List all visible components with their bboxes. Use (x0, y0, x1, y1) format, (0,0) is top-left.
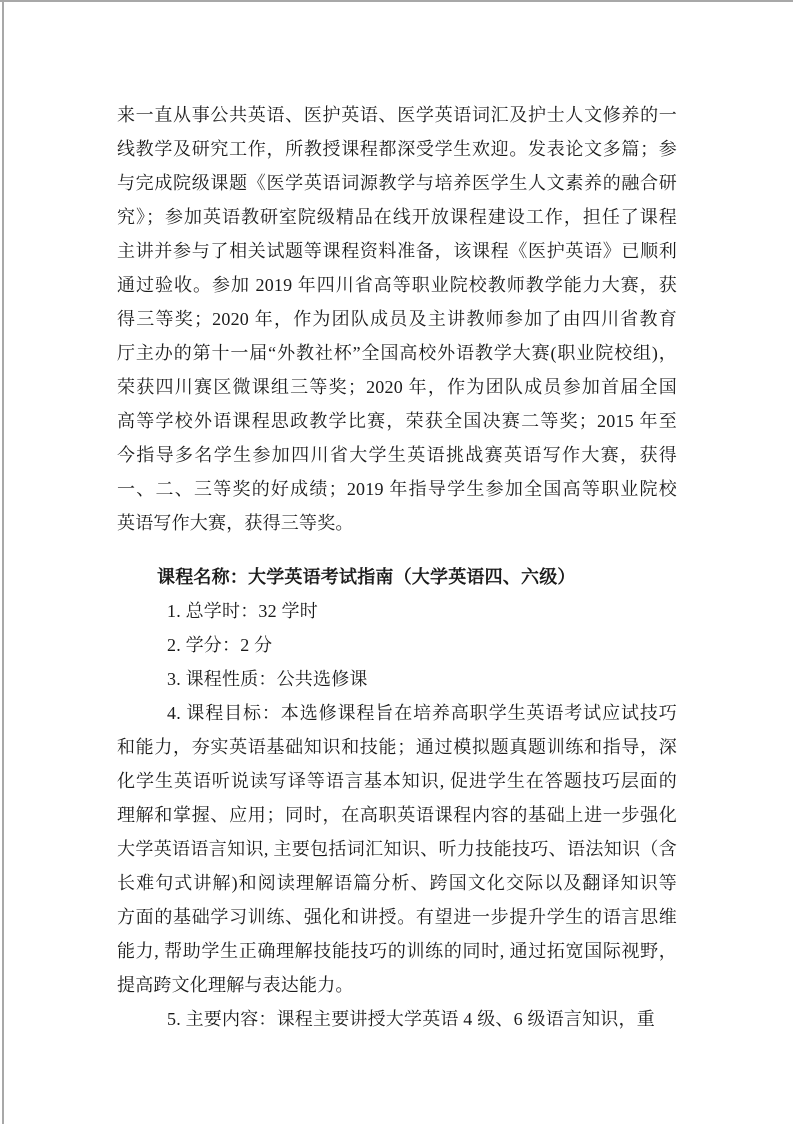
course-nature-item: 3. 课程性质：公共选修课 (117, 662, 677, 696)
text-line: 理解和掌握、应用；同时，在高职英语课程内容的基础上进一步强化 (117, 798, 677, 832)
document-page: 来一直从事公共英语、医护英语、医学英语词汇及护士人文修养的一线教学及研究工作，所… (0, 0, 793, 1122)
page-left-edge (2, 2, 4, 1124)
teacher-bio-paragraph: 来一直从事公共英语、医护英语、医学英语词汇及护士人文修养的一线教学及研究工作，所… (117, 98, 677, 540)
text-line: 2. 学分：2 分 (167, 628, 677, 662)
text-line: 化学生英语听说读写译等语言基本知识, 促进学生在答题技巧层面的 (117, 764, 677, 798)
course-title-heading: 课程名称：大学英语考试指南（大学英语四、六级） (117, 560, 677, 594)
text-line: 今指导多名学生参加四川省大学生英语挑战赛英语写作大赛，获得 (117, 438, 677, 472)
course-objectives-paragraph: 4. 课程目标：本选修课程旨在培养高职学生英语考试应试技巧和能力，夯实英语基础知… (117, 696, 677, 1002)
text-line: 高等学校外语课程思政教学比赛，荣获全国决赛二等奖；2015 年至 (117, 404, 677, 438)
course-main-content-paragraph: 5. 主要内容：课程主要讲授大学英语 4 级、6 级语言知识，重 (117, 1002, 677, 1036)
course-total-hours-item: 1. 总学时：32 学时 (117, 594, 677, 628)
text-line: 1. 总学时：32 学时 (167, 594, 677, 628)
text-line: 4. 课程目标：本选修课程旨在培养高职学生英语考试应试技巧 (117, 696, 677, 730)
text-line: 究》；参加英语教研室院级精品在线开放课程建设工作，担任了课程 (117, 200, 677, 234)
text-line: 来一直从事公共英语、医护英语、医学英语词汇及护士人文修养的一 (117, 98, 677, 132)
text-line: 一、二、三等奖的好成绩；2019 年指导学生参加全国高等职业院校 (117, 472, 677, 506)
text-line: 与完成院级课题《医学英语词源教学与培养医学生人文素养的融合研 (117, 166, 677, 200)
text-line: 通过验收。参加 2019 年四川省高等职业院校教师教学能力大赛，获 (117, 268, 677, 302)
text-line: 方面的基础学习训练、强化和讲授。有望进一步提升学生的语言思维 (117, 900, 677, 934)
text-line: 长难句式讲解)和阅读理解语篇分析、跨国文化交际以及翻译知识等 (117, 866, 677, 900)
text-line: 得三等奖；2020 年，作为团队成员及主讲教师参加了由四川省教育 (117, 302, 677, 336)
document-content: 来一直从事公共英语、医护英语、医学英语词汇及护士人文修养的一线教学及研究工作，所… (117, 98, 677, 1036)
text-line: 5. 主要内容：课程主要讲授大学英语 4 级、6 级语言知识，重 (117, 1002, 677, 1036)
text-line: 主讲并参与了相关试题等课程资料准备，该课程《医护英语》已顺利 (117, 234, 677, 268)
text-line: 线教学及研究工作，所教授课程都深受学生欢迎。发表论文多篇；参 (117, 132, 677, 166)
course-credits-item: 2. 学分：2 分 (117, 628, 677, 662)
text-line: 大学英语语言知识, 主要包括词汇知识、听力技能技巧、语法知识（含 (117, 832, 677, 866)
text-line: 荣获四川赛区微课组三等奖；2020 年，作为团队成员参加首届全国 (117, 370, 677, 404)
text-line: 厅主办的第十一届“外教社杯”全国高校外语教学大赛(职业院校组)， (117, 336, 677, 370)
text-line: 提高跨文化理解与表达能力。 (117, 968, 677, 1002)
text-line: 英语写作大赛，获得三等奖。 (117, 506, 677, 540)
text-line: 能力, 帮助学生正确理解技能技巧的训练的同时, 通过拓宽国际视野， (117, 934, 677, 968)
text-line: 和能力，夯实英语基础知识和技能；通过模拟题真题训练和指导，深 (117, 730, 677, 764)
text-line: 课程名称：大学英语考试指南（大学英语四、六级） (157, 560, 677, 594)
text-line: 3. 课程性质：公共选修课 (167, 662, 677, 696)
